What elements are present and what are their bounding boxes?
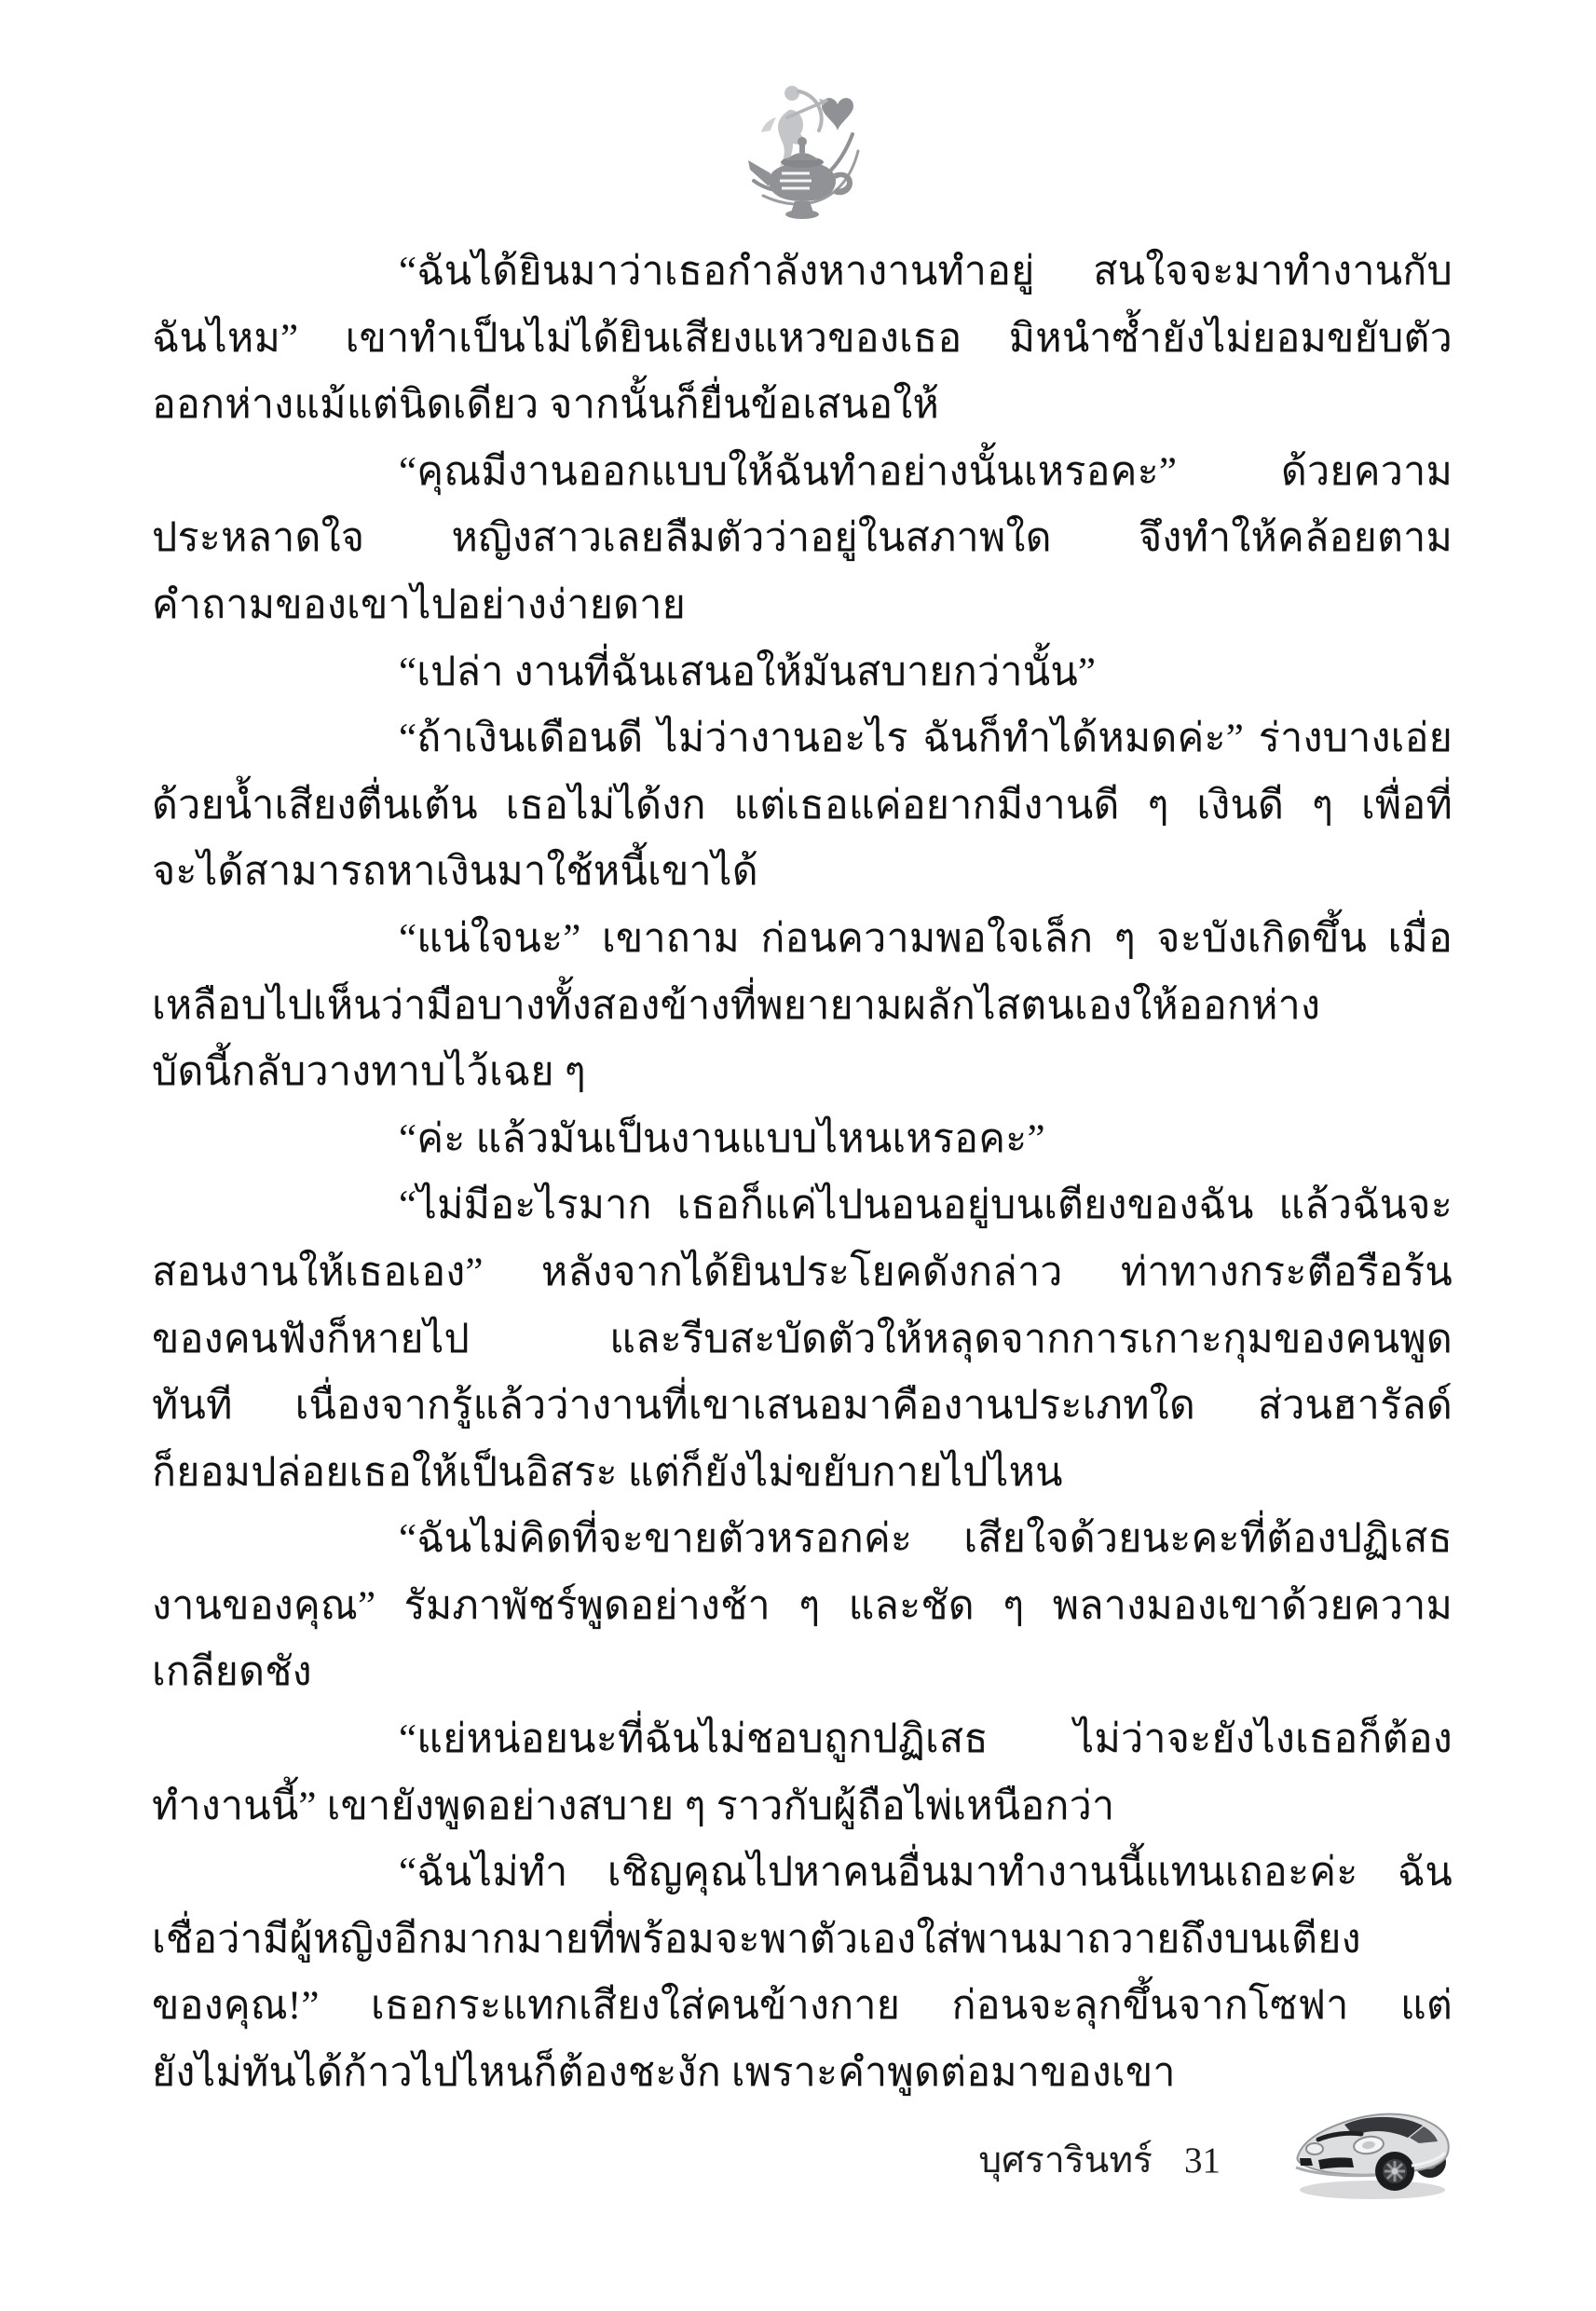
silver-sports-car-icon xyxy=(1290,2095,1458,2205)
text-line: “ไม่มีอะไรมาก เธอก็แค่ไปนอนอยู่บนเตียงขอ… xyxy=(152,1172,1453,1239)
text-line: เกลียดชัง xyxy=(152,1639,1453,1706)
text-line: ทำงานนี้” เขายังพูดอย่างสบาย ๆ ราวกับผู้… xyxy=(152,1773,1453,1840)
text-line: “แย่หน่อยนะที่ฉันไม่ชอบถูกปฏิเสธ ไม่ว่าจ… xyxy=(152,1706,1453,1773)
text-line: “ถ้าเงินเดือนดี ไม่ว่างานอะไร ฉันก็ทำได้… xyxy=(152,705,1453,773)
text-line: ประหลาดใจ หญิงสาวเลยลืมตัวว่าอยู่ในสภาพใ… xyxy=(152,505,1453,572)
text-line: เชื่อว่ามีผู้หญิงอีกมากมายที่พร้อมจะพาตั… xyxy=(152,1907,1453,1974)
page-text: “ฉันได้ยินมาว่าเธอกำลังหางานทำอยู่ สนใจจ… xyxy=(152,239,1453,2107)
text-line: ด้วยน้ำเสียงตื่นเต้น เธอไม่ได้งก แต่เธอแ… xyxy=(152,773,1453,840)
text-line: ของคุณ!” เธอกระแทกเสียงใส่คนข้างกาย ก่อน… xyxy=(152,1973,1453,2040)
text-line: “เปล่า งานที่ฉันเสนอให้มันสบายกว่านั้น” xyxy=(152,639,1453,706)
text-line: สอนงานให้เธอเอง” หลังจากได้ยินประโยคดังก… xyxy=(152,1239,1453,1306)
page-footer: บุศรารินทร์ 31 xyxy=(801,2140,1221,2182)
text-line: งานของคุณ” รัมภาพัชร์พูดอย่างช้า ๆ และชั… xyxy=(152,1573,1453,1640)
text-line: ทันที เนื่องจากรู้แล้วว่างานที่เขาเสนอมา… xyxy=(152,1373,1453,1440)
footer-book-title: บุศรารินทร์ xyxy=(978,2140,1153,2182)
text-line: “แน่ใจนะ” เขาถาม ก่อนความพอใจเล็ก ๆ จะบั… xyxy=(152,906,1453,973)
text-line: เหลือบไปเห็นว่ามือบางทั้งสองข้างที่พยายา… xyxy=(152,973,1453,1040)
text-line: “ค่ะ แล้วมันเป็นงานแบบไหนเหรอคะ” xyxy=(152,1106,1453,1173)
page-number: 31 xyxy=(1184,2140,1221,2182)
text-line: ก็ยอมปล่อยเธอให้เป็นอิสระ แต่ก็ยังไม่ขยั… xyxy=(152,1440,1453,1507)
text-line: “ฉันไม่คิดที่จะขายตัวหรอกค่ะ เสียใจด้วยน… xyxy=(152,1506,1453,1573)
book-page: “ฉันได้ยินมาว่าเธอกำลังหางานทำอยู่ สนใจจ… xyxy=(0,0,1596,2311)
text-line: คำถามของเขาไปอย่างง่ายดาย xyxy=(152,572,1453,639)
text-line: จะได้สามารถหาเงินมาใช้หนี้เขาได้ xyxy=(152,839,1453,906)
text-line: “ฉันไม่ทำ เชิญคุณไปหาคนอื่นมาทำงานนี้แทน… xyxy=(152,1839,1453,1907)
text-line: ยังไม่ทันได้ก้าวไปไหนก็ต้องชะงัก เพราะคำ… xyxy=(152,2040,1453,2107)
text-line: ออกห่างแม้แต่นิดเดียว จากนั้นก็ยื่นข้อเส… xyxy=(152,372,1453,439)
text-line: ของคนฟังก็หายไป และรีบสะบัดตัวให้หลุดจาก… xyxy=(152,1306,1453,1374)
text-line: ฉันไหม” เขาทำเป็นไม่ได้ยินเสียงแหวของเธอ… xyxy=(152,306,1453,373)
text-line: “ฉันได้ยินมาว่าเธอกำลังหางานทำอยู่ สนใจจ… xyxy=(152,239,1453,306)
text-line: บัดนี้กลับวางทาบไว้เฉย ๆ xyxy=(152,1039,1453,1106)
text-line: “คุณมีงานออกแบบให้ฉันทำอย่างนั้นเหรอคะ” … xyxy=(152,439,1453,506)
cupid-genie-lamp-icon xyxy=(741,76,876,224)
